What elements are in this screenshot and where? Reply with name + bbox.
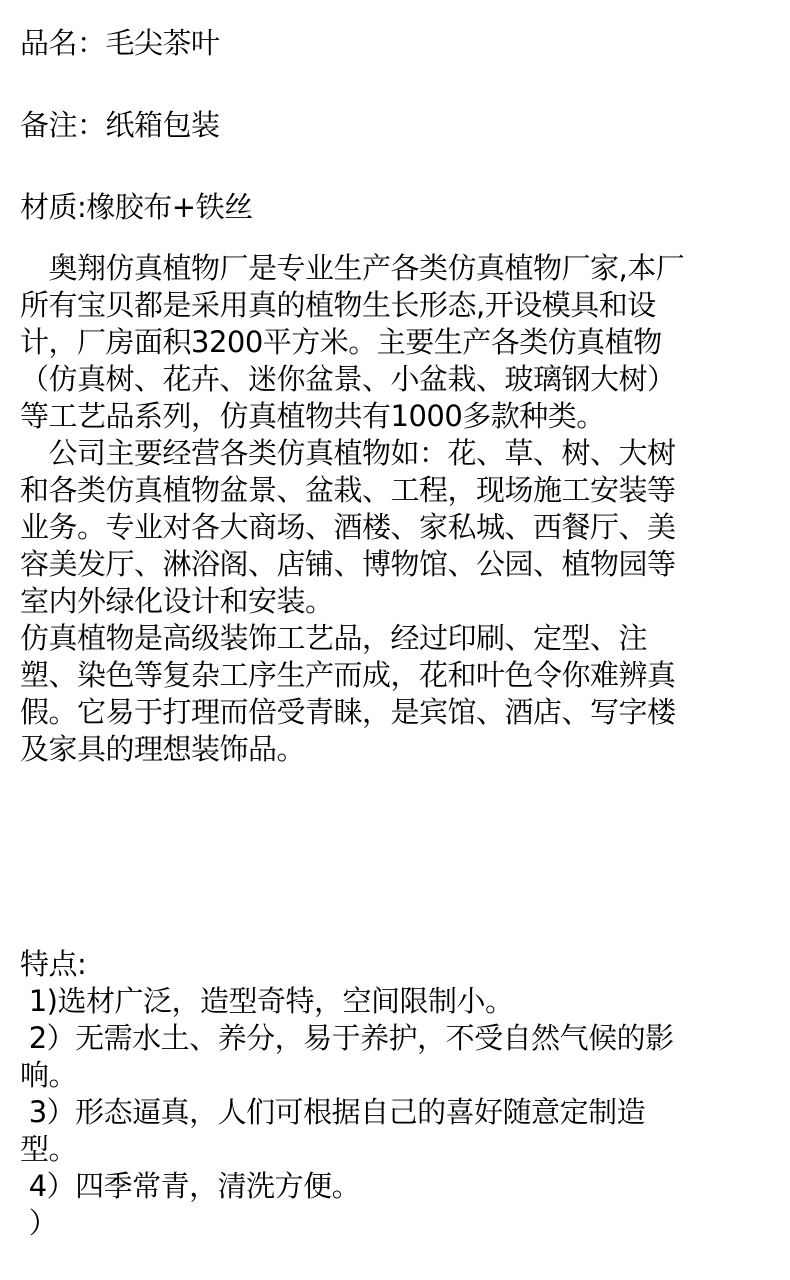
product-note-line: 备注：纸箱包装 bbox=[20, 107, 220, 144]
intro-line: 假。它易于打理而倍受青睐，是宾馆、酒店、写字楼 bbox=[20, 694, 676, 731]
product-material-line: 材质:橡胶布+铁丝 bbox=[20, 189, 253, 226]
feature-item: 3）形态逼真，人们可根据自己的喜好随意定制造 bbox=[20, 1094, 645, 1131]
intro-line: （仿真树、花卉、迷你盆景、小盆栽、玻璃钢大树） bbox=[20, 361, 676, 398]
intro-line: 和各类仿真植物盆景、盆栽、工程，现场施工安装等 bbox=[20, 472, 676, 509]
feature-item-continuation: 响。 bbox=[20, 1057, 77, 1094]
intro-line: 奥翔仿真植物厂是专业生产各类仿真植物厂家,本厂 bbox=[20, 250, 684, 287]
features-heading: 特点: bbox=[20, 946, 86, 983]
intro-line: 容美发厅、淋浴阁、店铺、博物馆、公园、植物园等 bbox=[20, 546, 676, 583]
intro-line: 业务。专业对各大商场、酒楼、家私城、西餐厅、美 bbox=[20, 509, 676, 546]
intro-line: 计，厂房面积3200平方米。主要生产各类仿真植物 bbox=[20, 324, 662, 361]
feature-item: 1)选材广泛，造型奇特，空间限制小。 bbox=[20, 983, 513, 1020]
product-name-line: 品名：毛尖茶叶 bbox=[20, 25, 220, 62]
intro-line: 公司主要经营各类仿真植物如：花、草、树、大树 bbox=[20, 435, 676, 472]
intro-line: 室内外绿化设计和安装。 bbox=[20, 583, 334, 620]
closing-parenthesis: ） bbox=[20, 1205, 57, 1242]
feature-item: 4）四季常青，清洗方便。 bbox=[20, 1168, 360, 1205]
feature-item-continuation: 型。 bbox=[20, 1131, 77, 1168]
intro-line: 及家具的理想装饰品。 bbox=[20, 731, 305, 768]
intro-line: 仿真植物是高级装饰工艺品，经过印刷、定型、注 bbox=[20, 620, 647, 657]
feature-item: 2）无需水土、养分，易于养护，不受自然气候的影 bbox=[20, 1020, 674, 1057]
intro-line: 所有宝贝都是采用真的植物生长形态,开设模具和设 bbox=[20, 287, 656, 324]
intro-line: 等工艺品系列，仿真植物共有1000多款种类。 bbox=[20, 398, 605, 435]
intro-line: 塑、染色等复杂工序生产而成，花和叶色令你难辨真 bbox=[20, 657, 676, 694]
